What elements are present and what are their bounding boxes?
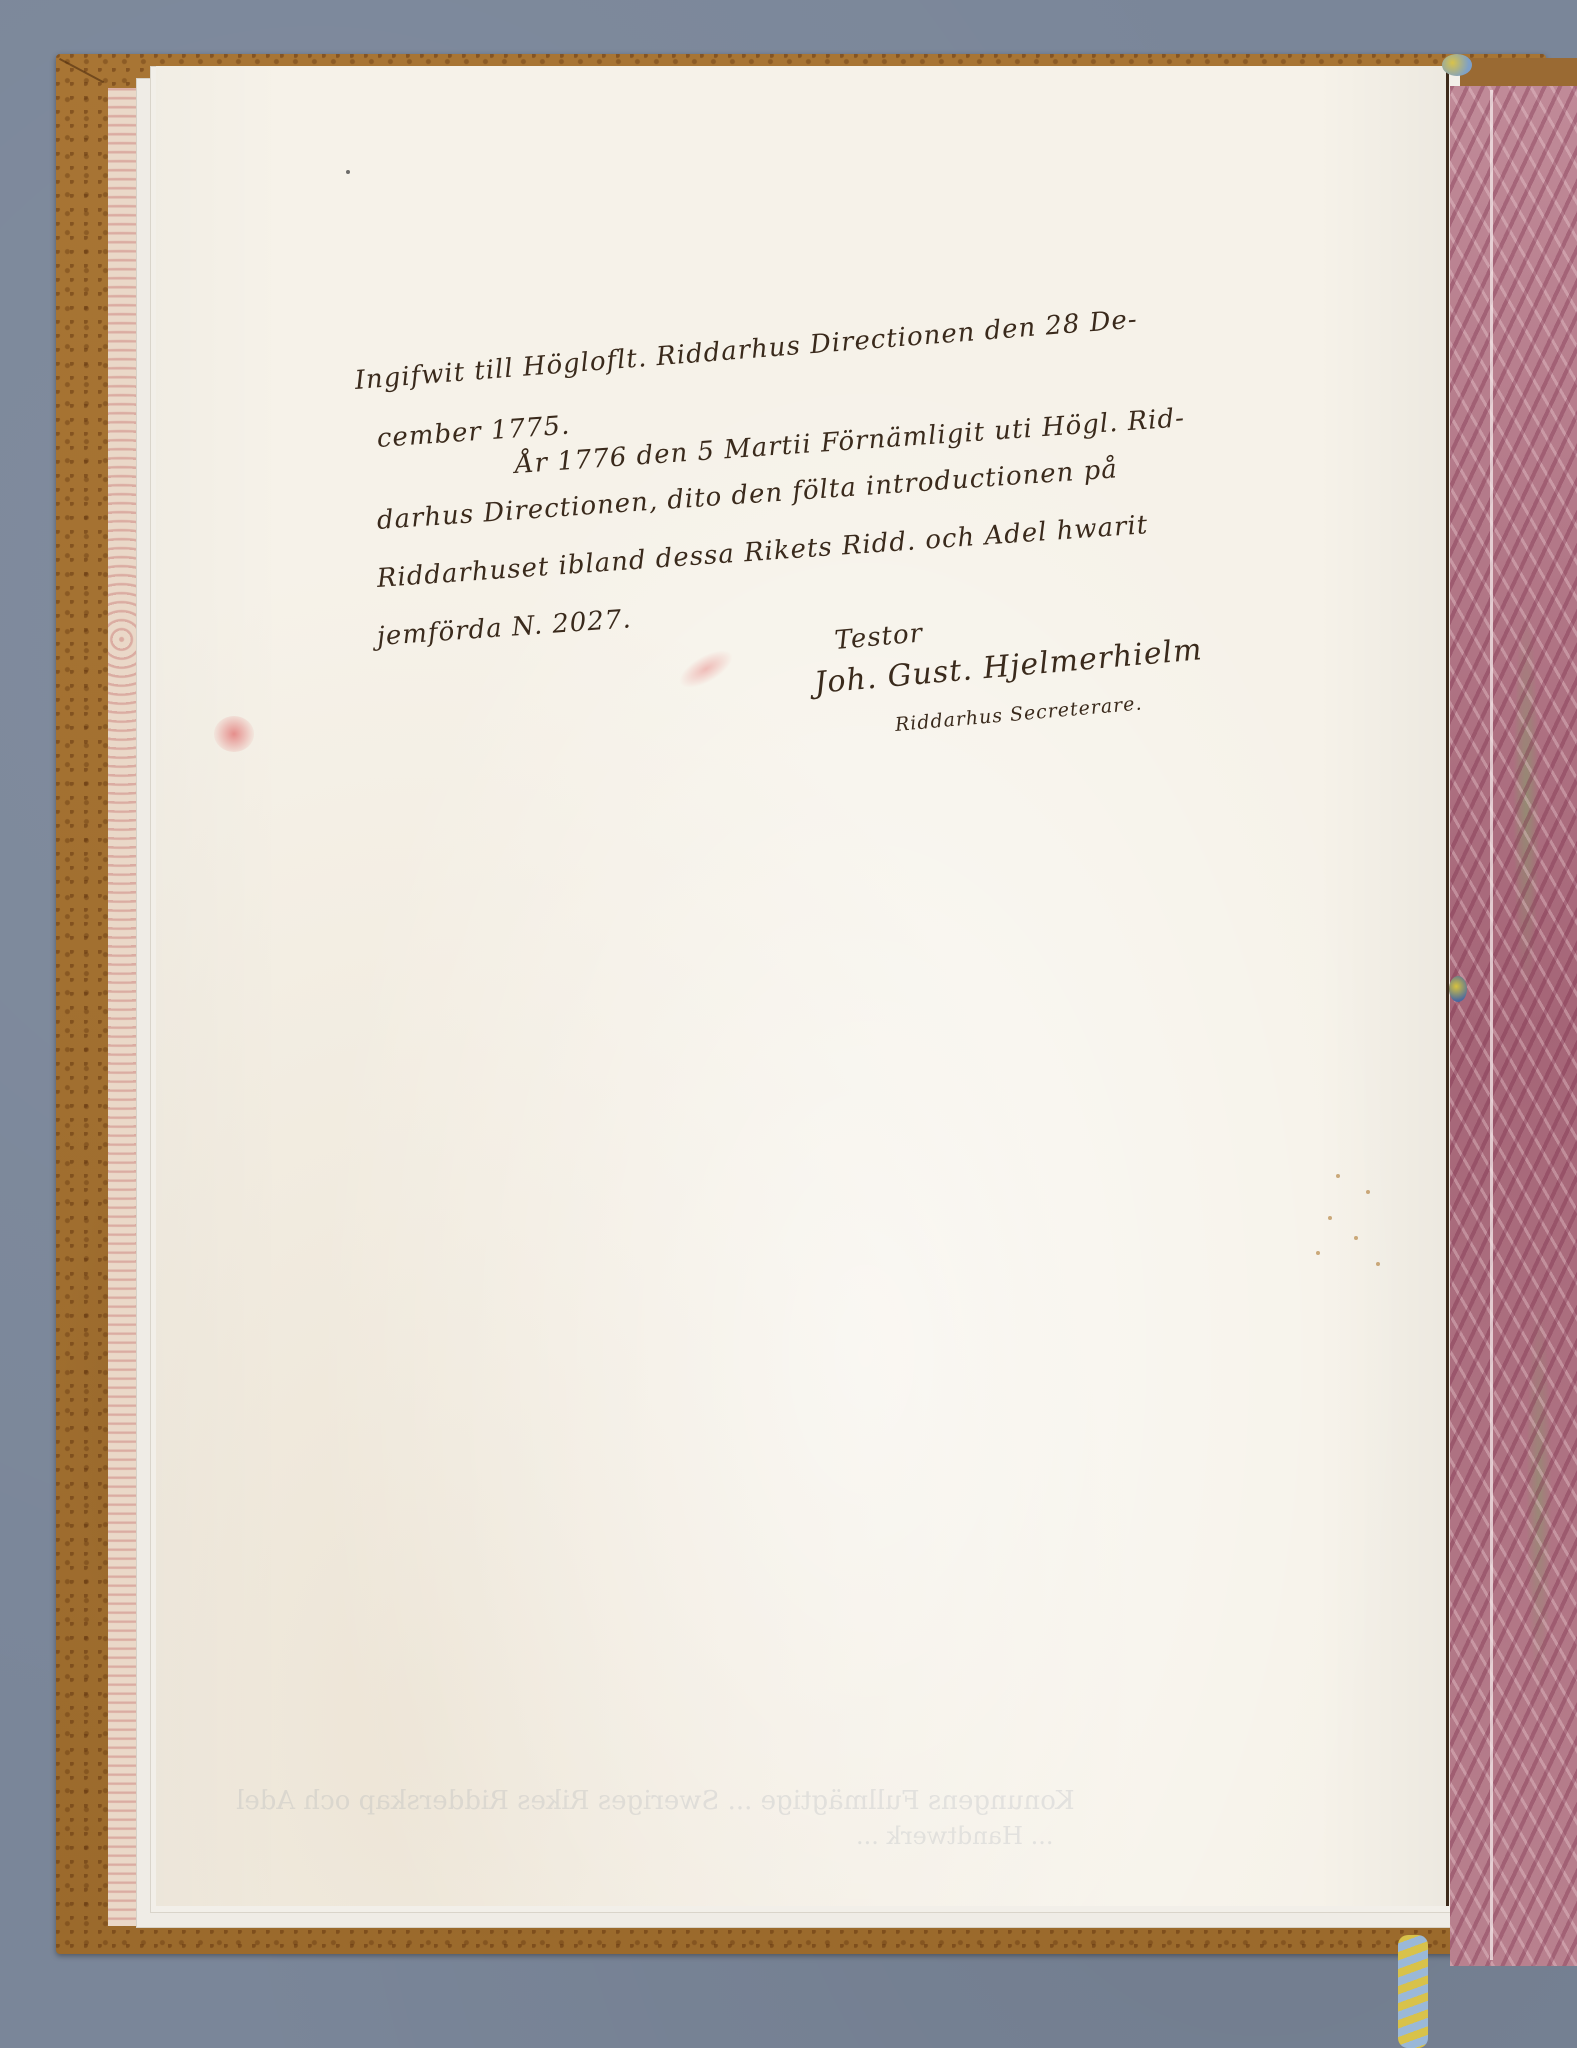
ink-speck: [346, 170, 350, 174]
red-stain-left-margin: [214, 716, 254, 752]
handwritten-line-6: jemförda N. 2027.: [376, 604, 633, 652]
bleed-through-text: Konungens Fullmägtige ... Sweriges Rikes…: [236, 1786, 1075, 1816]
foxing-spot: [1354, 1236, 1358, 1240]
binding-cord-tassel-bottom: [1398, 1935, 1428, 2048]
manuscript-page: Konungens Fullmägtige ... Sweriges Rikes…: [156, 66, 1449, 1906]
scan-scene: Konungens Fullmägtige ... Sweriges Rikes…: [0, 0, 1577, 2048]
bleed-through-text: [286, 336, 296, 371]
red-smudge: [674, 643, 739, 696]
headband-cord-top: [1442, 54, 1472, 76]
foxing-spot: [1376, 1262, 1380, 1266]
handwritten-line-1: Ingifwit till Högloflt. Riddarhus Direct…: [354, 304, 1139, 396]
attestation-label: Testor: [833, 618, 924, 656]
endpaper-seam: [1490, 90, 1493, 1960]
bleed-through-text: ... Handtwerk ...: [856, 1822, 1054, 1850]
marbled-endpaper-right: [1450, 86, 1577, 1966]
signatory-title: Riddarhus Secreterare.: [894, 692, 1143, 736]
binding-cord-middle: [1449, 976, 1467, 1002]
foxing-spot: [1328, 1216, 1332, 1220]
foxing-spot: [1336, 1174, 1340, 1178]
foxing-spot: [1316, 1251, 1320, 1255]
foxing-spot: [1366, 1190, 1370, 1194]
